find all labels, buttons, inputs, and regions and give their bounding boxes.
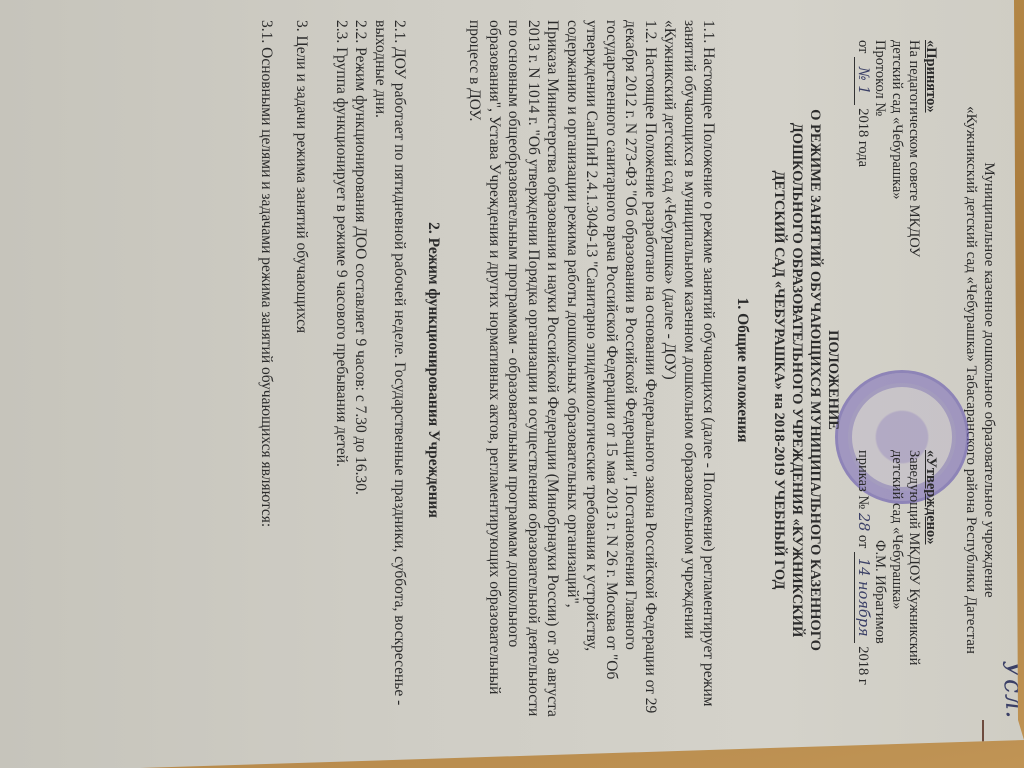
approved-date-prefix: от xyxy=(855,40,871,53)
approved-title: «Принято» xyxy=(922,40,939,340)
margin-handwriting: Усл. xyxy=(1001,659,1024,718)
title-line-4: ДЕТСКИЙ САД «ЧЕБУРАШКА» на 2018-2019 УЧЕ… xyxy=(770,20,788,740)
approved-line-2: детский сад «Чебурашка» xyxy=(888,40,905,340)
approved-date-handwritten: № 1 xyxy=(854,57,871,105)
title-line-3: ДОШКОЛЬНОГО ОБРАЗОВАТЕЛЬНОГО УЧРЕЖДЕНИЯ … xyxy=(788,20,806,740)
paragraph: 2.3. Группа функционирует в режиме 9 час… xyxy=(332,20,352,720)
confirmed-line-4: приказ № 28 от 14 ноября 2018 г xyxy=(854,450,871,768)
section-heading: 1. Общие положения xyxy=(733,20,753,720)
approved-block: «Принято» На педагогическом совете МКДОУ… xyxy=(854,40,939,340)
confirmed-line-2: детский сад «Чебурашка» xyxy=(888,450,905,768)
approved-line-1: На педагогическом совете МКДОУ xyxy=(905,40,922,340)
organization-header: Муниципальное казенное дошкольное образо… xyxy=(962,20,998,740)
order-number-handwritten: 28 xyxy=(855,513,871,531)
order-date-suffix: 2018 г xyxy=(855,646,871,685)
order-date-prefix: от xyxy=(855,535,871,548)
paragraph: Приказа Министерства образования и науки… xyxy=(465,20,563,720)
confirmed-line-1: Заведующий МКДОУ Кужникский xyxy=(905,450,922,768)
organization-line-2: «Кужникский детский сад «Чебурашка» Таба… xyxy=(962,20,980,740)
paper-sheet: Усл. Муниципальное казенное дошкольное о… xyxy=(0,0,1024,768)
paragraph: 2.2. Режим функционирования ДОО составля… xyxy=(351,20,371,720)
approved-line-3: Протокол № xyxy=(871,40,888,340)
paragraph: 2.1. ДОУ работает по пятидневной рабочей… xyxy=(371,20,410,720)
title-line-1: ПОЛОЖЕНИЕ xyxy=(824,20,842,740)
paragraph: 1.1. Настоящее Положение о режиме заняти… xyxy=(660,20,719,720)
section-3: 3. Цели и задачи режима занятий обучающи… xyxy=(257,20,312,720)
order-date-handwritten: 14 ноября xyxy=(854,552,871,643)
section-heading: 2. Режим функционирования Учреждения xyxy=(424,20,444,720)
confirmed-title: «Утверждено» xyxy=(922,450,939,768)
section-2: 2. Режим функционирования Учреждения 2.1… xyxy=(332,20,444,720)
paragraph: 3.1. Основными целями и задачами режима … xyxy=(257,20,277,720)
section-heading: 3. Цели и задачи режима занятий обучающи… xyxy=(292,20,312,720)
document-body: 1. Общие положения 1.1. Настоящее Положе… xyxy=(257,20,763,720)
organization-line-1: Муниципальное казенное дошкольное образо… xyxy=(980,20,998,740)
document-title: ПОЛОЖЕНИЕ О РЕЖИМЕ ЗАНЯТИЙ ОБУЧАЮЩИХСЯ М… xyxy=(770,20,842,740)
paragraph: 1.2. Настоящее Положение разработано на … xyxy=(563,20,661,720)
confirmed-block: «Утверждено» Заведующий МКДОУ Кужникский… xyxy=(854,450,939,768)
section-1: 1. Общие положения 1.1. Настоящее Положе… xyxy=(465,20,752,720)
order-prefix: приказ № xyxy=(855,450,871,509)
approved-date-suffix: 2018 года xyxy=(855,108,871,167)
title-line-2: О РЕЖИМЕ ЗАНЯТИЙ ОБУЧАЮЩИХСЯ МУНИЦИПАЛЬН… xyxy=(806,20,824,740)
approved-line-4: от № 1 2018 года xyxy=(854,40,871,340)
document-page: Усл. Муниципальное казенное дошкольное о… xyxy=(14,0,1024,760)
confirmed-line-3: Ф.М. Ибрагимов xyxy=(871,450,888,768)
